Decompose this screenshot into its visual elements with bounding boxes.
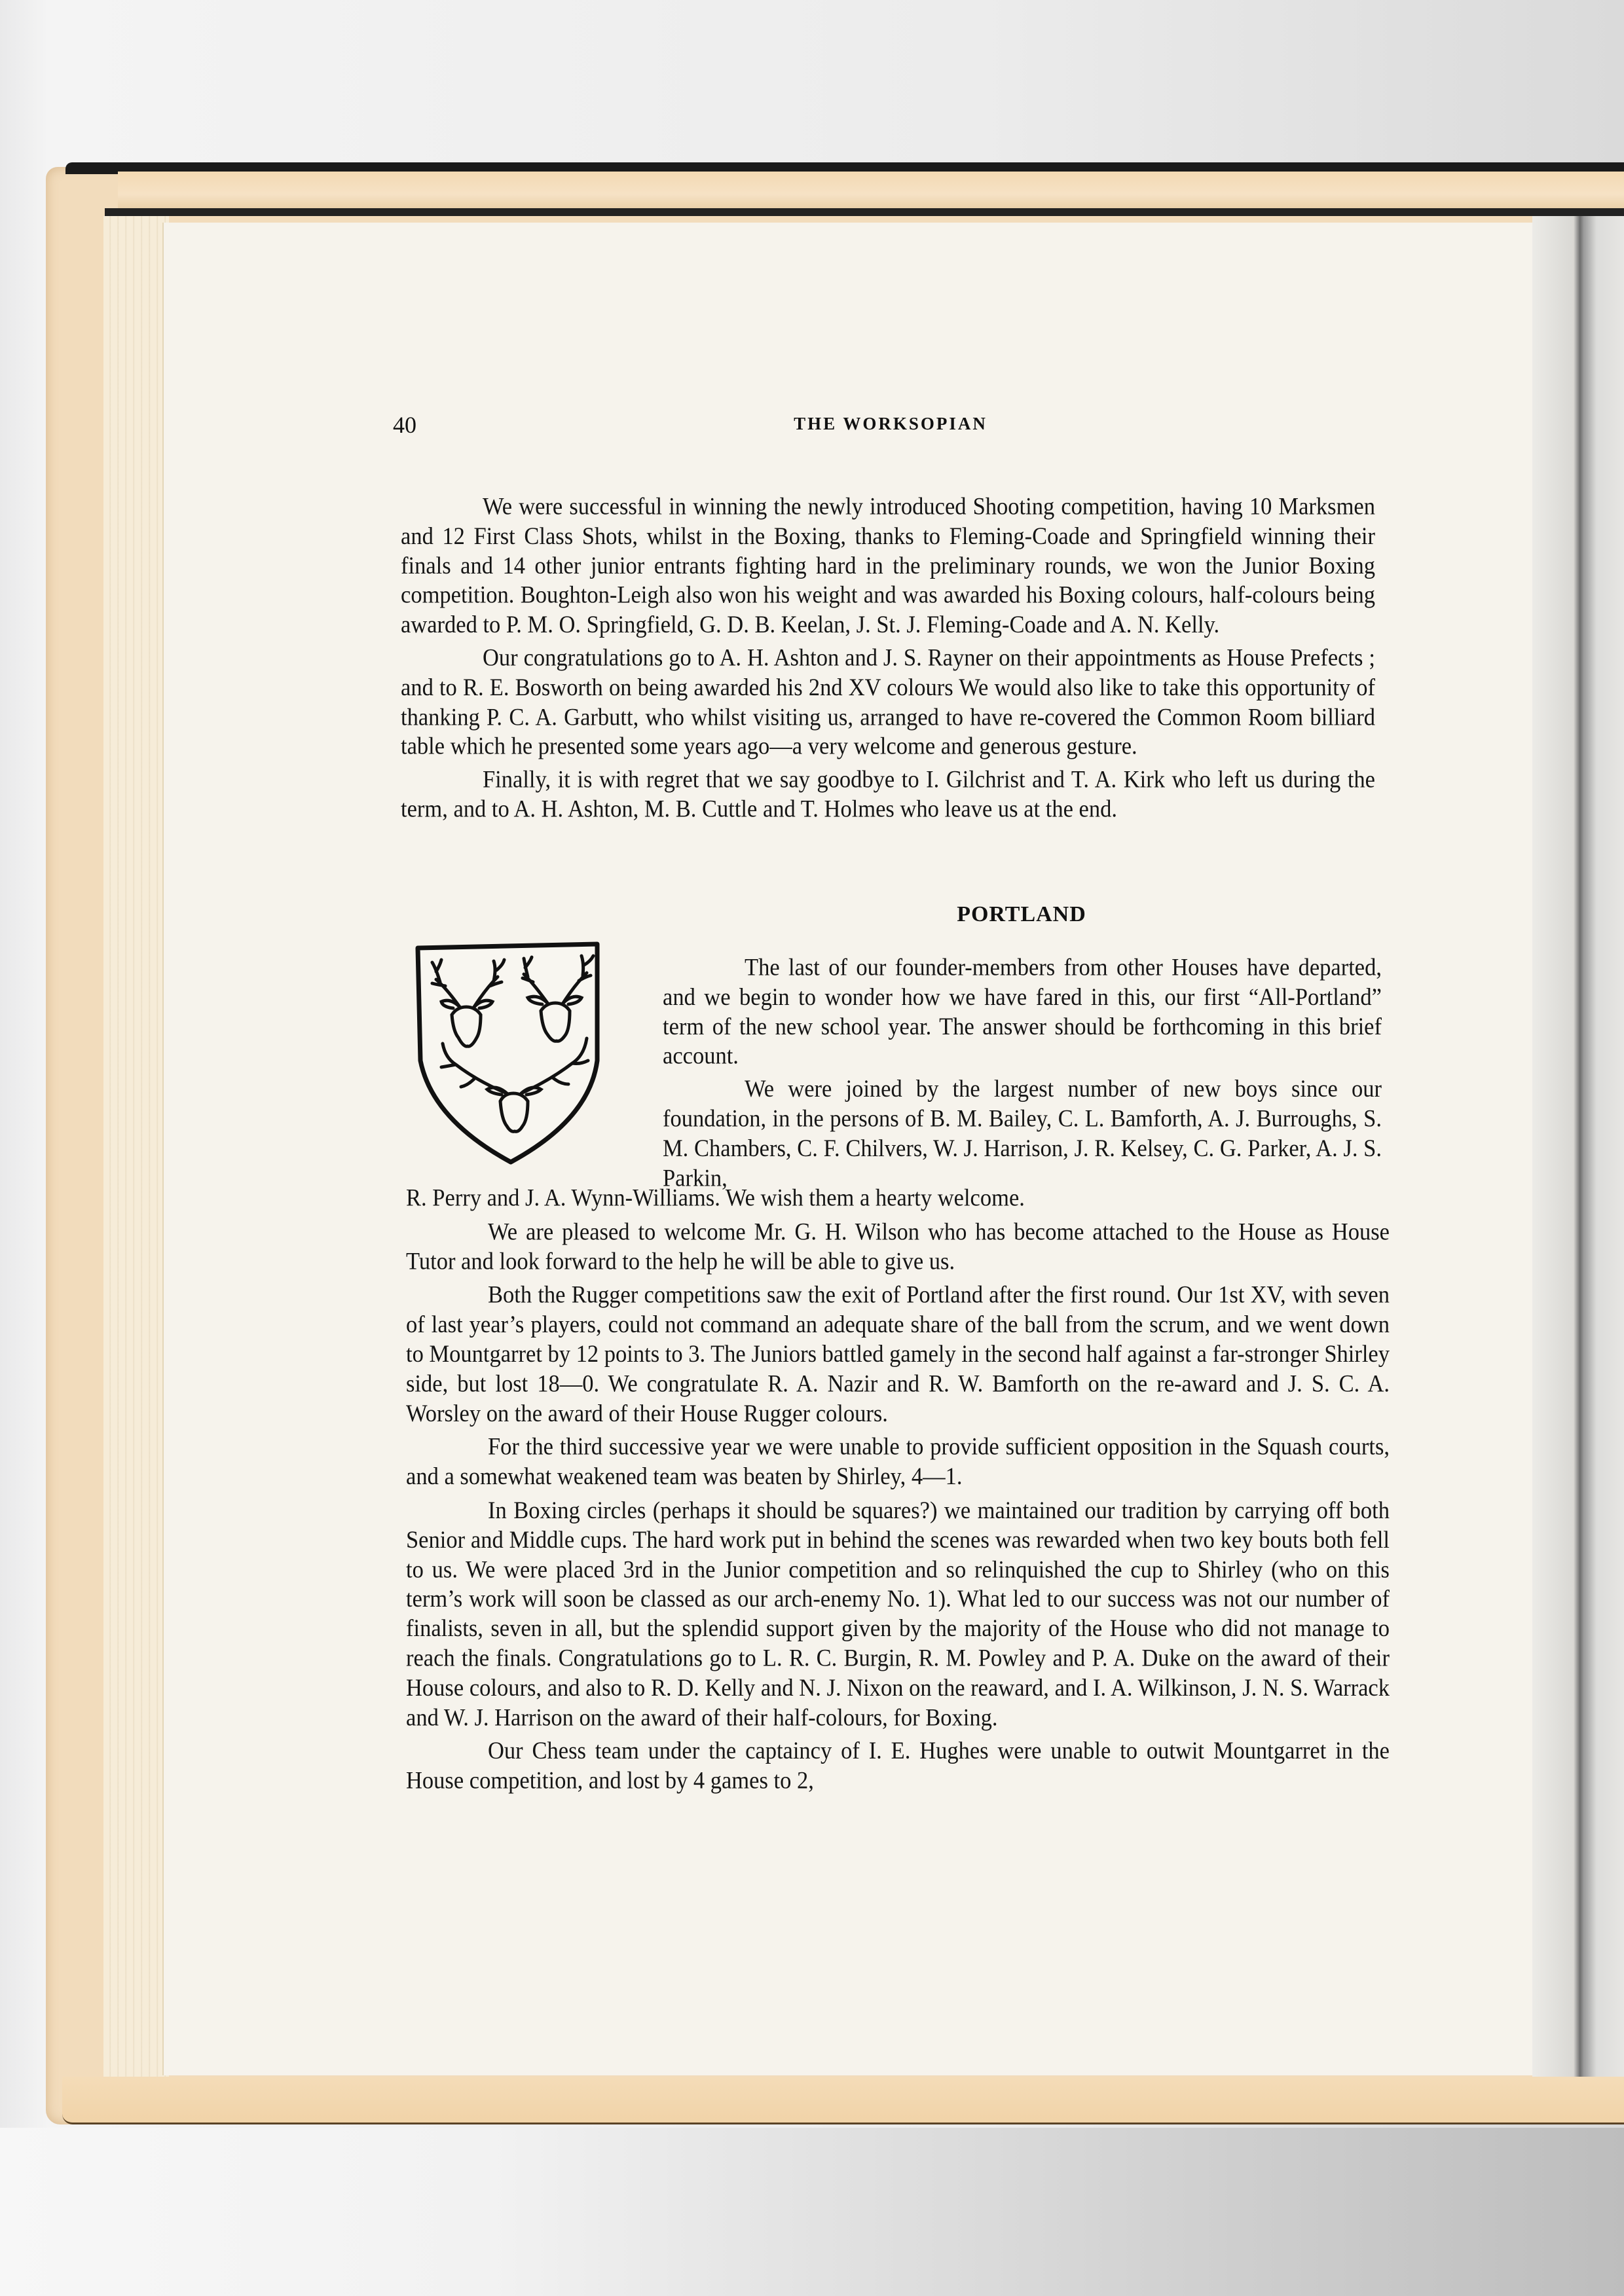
cover-inner-edge <box>105 208 1624 216</box>
paragraph: We were joined by the largest number of … <box>663 1075 1382 1194</box>
paragraph-continued: R. Perry and J. A. Wynn-Williams. We wis… <box>406 1184 1390 1213</box>
cover-bottom-edge <box>62 2077 1624 2124</box>
paragraph: We were successful in winning the newly … <box>401 492 1375 640</box>
paragraph: Both the Rugger competitions saw the exi… <box>406 1281 1390 1429</box>
paragraph: Our Chess team under the captaincy of I.… <box>406 1737 1390 1796</box>
shield-stag-heads-icon <box>413 930 602 1165</box>
paragraph: In Boxing circles (perhaps it should be … <box>406 1496 1390 1732</box>
page-stack-edges <box>103 216 169 2082</box>
portland-body: R. Perry and J. A. Wynn-Williams. We wis… <box>406 1184 1390 1800</box>
paragraph: For the third successive year we were un… <box>406 1433 1390 1492</box>
running-title: THE WORKSOPIAN <box>393 414 1388 434</box>
paragraph: Our congratulations go to A. H. Ashton a… <box>401 644 1375 762</box>
cover-top-band <box>118 172 1624 210</box>
paragraph: The last of our founder-members from oth… <box>663 953 1382 1072</box>
book-gutter <box>1532 216 1624 2088</box>
portland-intro: The last of our founder-members from oth… <box>663 953 1382 1197</box>
previous-house-section: We were successful in winning the newly … <box>401 492 1375 828</box>
page-header: 40 THE WORKSOPIAN <box>393 411 1388 437</box>
paragraph: Finally, it is with regret that we say g… <box>401 765 1375 824</box>
section-heading-portland: PORTLAND <box>838 902 1205 927</box>
scanner-background <box>0 2128 1624 2296</box>
paragraph: We are pleased to welcome Mr. G. H. Wils… <box>406 1218 1390 1277</box>
